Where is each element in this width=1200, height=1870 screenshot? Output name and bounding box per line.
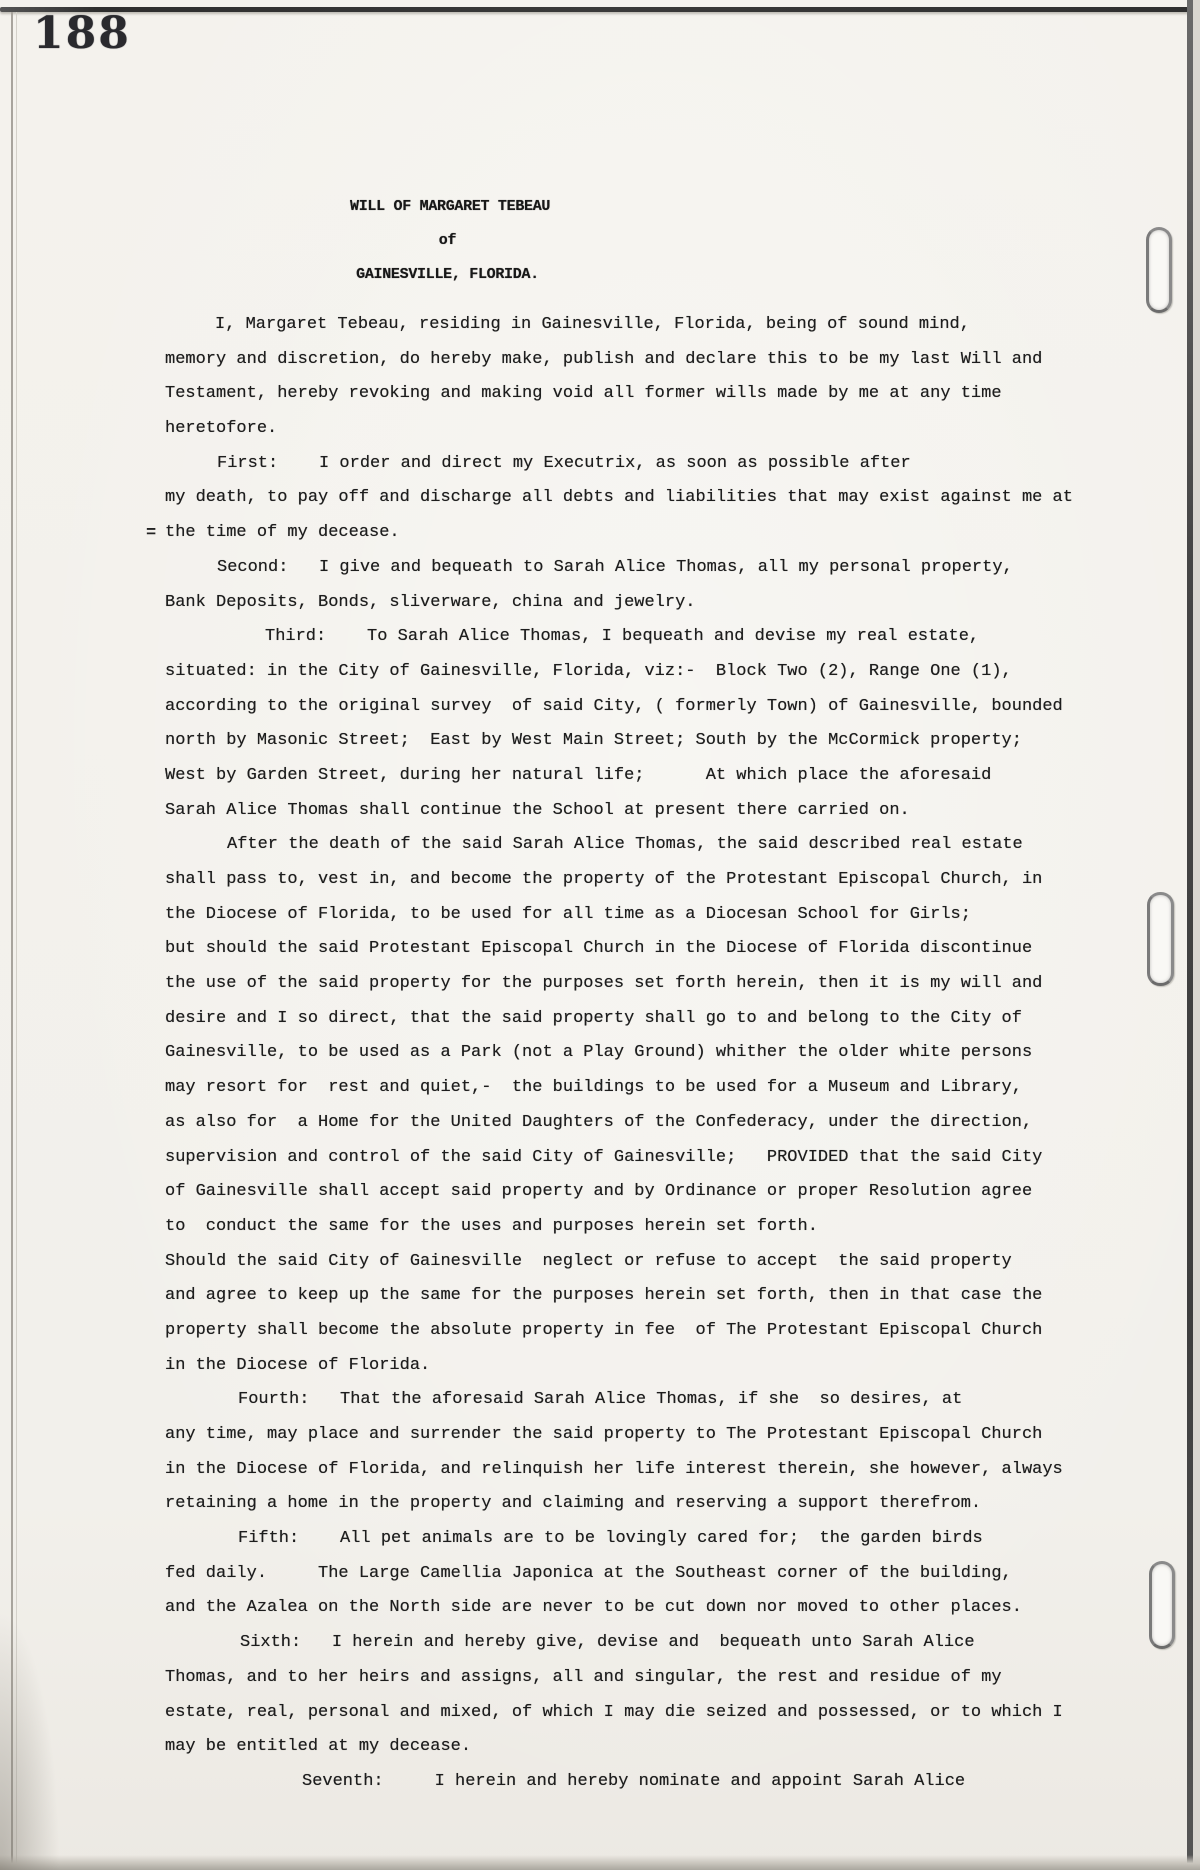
document-line: but should the said Protestant Episcopal… — [165, 932, 1165, 967]
title-line-2: of — [350, 224, 545, 258]
document-line: Sarah Alice Thomas shall continue the Sc… — [165, 794, 1165, 829]
scan-edge-top — [0, 7, 1200, 12]
title-line-1: WILL OF MARGARET TEBEAU — [350, 190, 545, 224]
document-line: Second: I give and bequeath to Sarah Ali… — [165, 551, 1165, 586]
scan-edge-bottom — [0, 1855, 1200, 1870]
document-line: may be entitled at my decease. — [165, 1730, 1165, 1765]
document-line: West by Garden Street, during her natura… — [165, 759, 1165, 794]
document-line: Gainesville, to be used as a Park (not a… — [165, 1036, 1165, 1071]
document-line: Thomas, and to her heirs and assigns, al… — [165, 1661, 1165, 1696]
scan-edge-left-faint — [16, 12, 17, 1870]
margin-mark-equals: = — [146, 524, 156, 543]
scan-smudge-bottom-left — [0, 1610, 60, 1870]
document-line: as also for a Home for the United Daught… — [165, 1106, 1165, 1141]
document-line: north by Masonic Street; East by West Ma… — [165, 724, 1165, 759]
scan-edge-right-margin — [1193, 0, 1200, 1870]
document-line: I, Margaret Tebeau, residing in Gainesvi… — [165, 308, 1165, 343]
scan-edge-right — [1187, 0, 1193, 1870]
document-line: and the Azalea on the North side are nev… — [165, 1591, 1165, 1626]
binder-punch-hole-2 — [1147, 892, 1174, 986]
document-line: Sixth: I herein and hereby give, devise … — [165, 1626, 1165, 1661]
document-line: the time of my decease. — [165, 516, 1165, 551]
document-line: and agree to keep up the same for the pu… — [165, 1279, 1165, 1314]
document-line: Testament, hereby revoking and making vo… — [165, 377, 1165, 412]
document-line: First: I order and direct my Executrix, … — [165, 447, 1165, 482]
document-line: desire and I so direct, that the said pr… — [165, 1002, 1165, 1037]
document-line: any time, may place and surrender the sa… — [165, 1418, 1165, 1453]
binder-punch-hole-3 — [1149, 1561, 1175, 1649]
title-line-3: GAINESVILLE, FLORIDA. — [350, 258, 545, 292]
document-line: After the death of the said Sarah Alice … — [165, 828, 1165, 863]
document-line: Seventh: I herein and hereby nominate an… — [165, 1765, 1165, 1800]
document-line: Third: To Sarah Alice Thomas, I bequeath… — [165, 620, 1165, 655]
scan-edge-left — [11, 12, 13, 1870]
document-line: to conduct the same for the uses and pur… — [165, 1210, 1165, 1245]
document-line: shall pass to, vest in, and become the p… — [165, 863, 1165, 898]
binder-punch-hole-1 — [1146, 227, 1172, 313]
document-line: in the Diocese of Florida, and relinquis… — [165, 1453, 1165, 1488]
document-line: may resort for rest and quiet,- the buil… — [165, 1071, 1165, 1106]
document-line: property shall become the absolute prope… — [165, 1314, 1165, 1349]
page-number: 188 — [33, 8, 131, 59]
document-line: according to the original survey of said… — [165, 690, 1165, 725]
document-line: heretofore. — [165, 412, 1165, 447]
document-line: Should the said City of Gainesville negl… — [165, 1245, 1165, 1280]
document-line: retaining a home in the property and cla… — [165, 1487, 1165, 1522]
document-line: the use of the said property for the pur… — [165, 967, 1165, 1002]
document-line: fed daily. The Large Camellia Japonica a… — [165, 1557, 1165, 1592]
document-line: memory and discretion, do hereby make, p… — [165, 343, 1165, 378]
document-line: Fifth: All pet animals are to be lovingl… — [165, 1522, 1165, 1557]
scanned-will-page: 188 WILL OF MARGARET TEBEAU of GAINESVIL… — [0, 0, 1200, 1870]
document-line: Fourth: That the aforesaid Sarah Alice T… — [165, 1383, 1165, 1418]
document-line: the Diocese of Florida, to be used for a… — [165, 898, 1165, 933]
document-line: my death, to pay off and discharge all d… — [165, 481, 1165, 516]
document-line: situated: in the City of Gainesville, Fl… — [165, 655, 1165, 690]
document-body: I, Margaret Tebeau, residing in Gainesvi… — [165, 308, 1165, 1800]
document-line: supervision and control of the said City… — [165, 1141, 1165, 1176]
document-line: in the Diocese of Florida. — [165, 1349, 1165, 1384]
document-line: Bank Deposits, Bonds, sliverware, china … — [165, 586, 1165, 621]
document-line: of Gainesville shall accept said propert… — [165, 1175, 1165, 1210]
document-title: WILL OF MARGARET TEBEAU of GAINESVILLE, … — [350, 190, 545, 292]
document-line: estate, real, personal and mixed, of whi… — [165, 1696, 1165, 1731]
